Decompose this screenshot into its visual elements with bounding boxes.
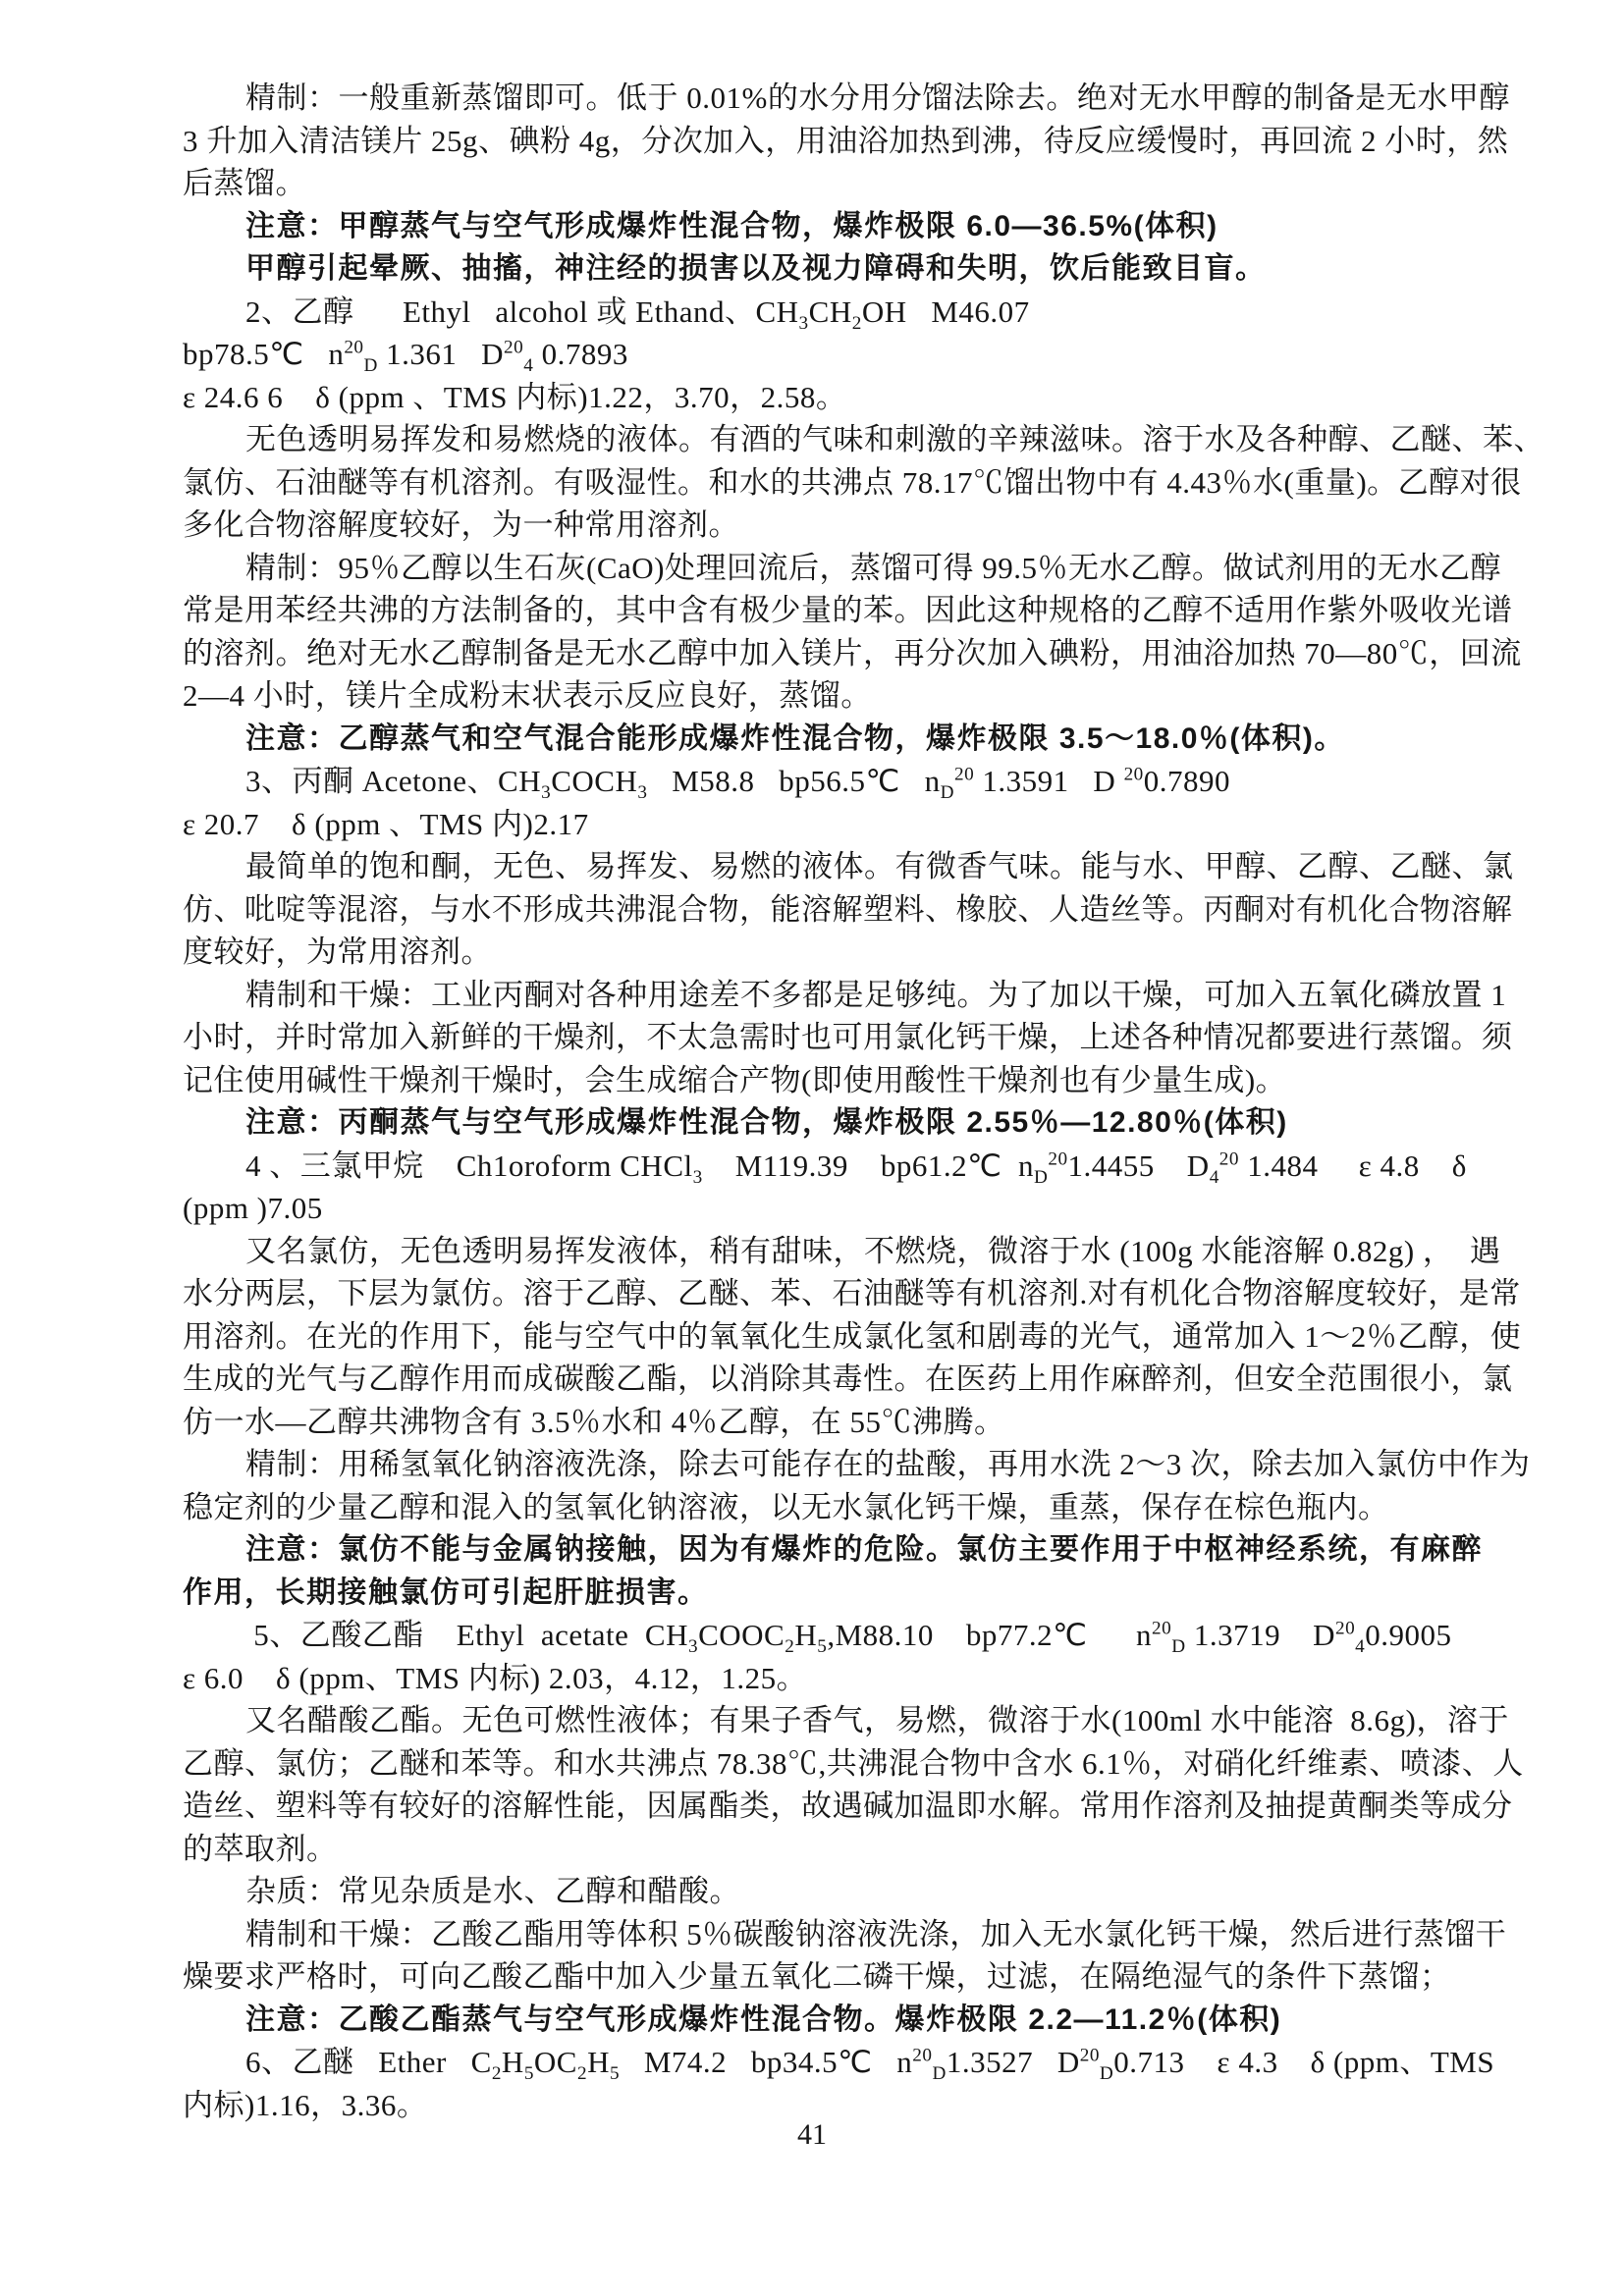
text-line: 稳定剂的少量乙醇和混入的氢氧化钠溶液，以无水氯化钙干燥，重蒸，保存在棕色瓶内。 [183,1486,1516,1529]
text-run: OH M46.07 [862,294,1030,329]
text-run: 乙醇、氯仿；乙醚和苯等。和水共沸点 78.38℃,共沸混合物中含水 6.1％，对… [183,1746,1524,1781]
text-run: M58.8 bp56.5℃ n [647,764,940,798]
text-run: 1.3719 D [1186,1618,1335,1652]
text-run: ,M88.10 bp77.2℃ n [827,1618,1152,1652]
text-line: 记住使用碱性干燥剂干燥时，会生成缩合产物(即使用酸性干燥剂也有少量生成)。 [183,1059,1516,1102]
subscript: 5 [817,1636,827,1657]
superscript: 20 [912,2046,932,2066]
superscript: 20 [1219,1148,1239,1169]
text-run: H [587,2045,610,2079]
subscript: D [941,782,954,803]
text-run: 多化合物溶解度较好，为一种常用溶剂。 [183,507,739,542]
note-line: 作用，长期接触氯仿可引起肝脏损害。 [183,1572,1516,1615]
text-line: 生成的光气与乙醇作用而成碳酸乙酯，以消除其毒性。在医药上用作麻醉剂，但安全范围很… [183,1358,1516,1401]
subscript: 4 [1210,1167,1219,1188]
subscript: 2 [577,2063,587,2084]
text-line: bp78.5℃ n20D 1.361 D204 0.7893 [183,333,1516,376]
text-line: ε 20.7 δ (ppm 、TMS 内)2.17 [183,803,1516,846]
text-run: bp78.5℃ n [183,337,344,371]
note-line: 注意：氯仿不能与金属钠接触，因为有爆炸的危险。氯仿主要作用于中枢神经系统，有麻醉 [183,1528,1516,1572]
text-run: 1.4455 D [1068,1148,1210,1183]
text-run: 甲醇引起晕厥、抽搐，神注经的损害以及视力障碍和失明，饮后能致目盲。 [245,252,1267,285]
text-line: 的溶剂。绝对无水乙醇制备是无水乙醇中加入镁片，再分次加入碘粉，用油浴加热 70—… [183,632,1516,675]
text-run: 3 升加入清洁镁片 25g、碘粉 4g，分次加入，用油浴加热到沸，待反应缓慢时，… [183,124,1508,158]
document-body: 精制：一般重新蒸馏即可。低于 0.01%的水分用分馏法除去。绝对无水甲醇的制备是… [183,77,1516,2126]
text-run: 燥要求严格时，可向乙酸乙酯中加入少量五氧化二磷干燥，过滤，在隔绝湿气的条件下蒸馏… [183,1959,1451,1994]
text-line: 又名醋酸乙酯。无色可燃性液体；有果子香气，易燃，微溶于水(100ml 水中能溶 … [183,1699,1516,1742]
text-run: 精制：用稀氢氧化钠溶液洗涤，除去可能存在的盐酸，再用水洗 2～3 次，除去加入氯… [245,1447,1531,1481]
text-run: 1.3591 D [974,764,1123,798]
subscript: 3 [799,313,809,334]
text-run: 内标)1.16，3.36。 [183,2088,427,2122]
subscript: 2 [852,313,862,334]
text-run: 精制和干燥：工业丙酮对各种用途差不多都是足够纯。为了加以干燥，可加入五氧化磷放置… [245,978,1506,1012]
text-run: 的溶剂。绝对无水乙醇制备是无水乙醇中加入镁片，再分次加入碘粉，用油浴加热 70—… [183,636,1522,670]
text-run: 度较好，为常用溶剂。 [183,934,492,969]
text-line: 3 升加入清洁镁片 25g、碘粉 4g，分次加入，用油浴加热到沸，待反应缓慢时，… [183,120,1516,163]
text-run: 生成的光气与乙醇作用而成碳酸乙酯，以消除其毒性。在医药上用作麻醉剂，但安全范围很… [183,1362,1513,1396]
subscript: D [364,355,378,376]
text-run: 用溶剂。在光的作用下，能与空气中的氧氧化生成氯化氢和剧毒的光气，通常加入 1～2… [183,1319,1521,1354]
note-line: 注意：甲醇蒸气与空气形成爆炸性混合物，爆炸极限 6.0—36.5%(体积) [183,205,1516,248]
text-line: 多化合物溶解度较好，为一种常用溶剂。 [183,504,1516,547]
text-line: 无色透明易挥发和易燃烧的液体。有酒的气味和刺激的辛辣滋味。溶于水及各种醇、乙醚、… [183,418,1516,461]
text-line: 3、丙酮 Acetone、CH3COCH3 M58.8 bp56.5℃ nD20… [183,760,1516,803]
text-run: (ppm )7.05 [183,1191,323,1225]
text-run: 水分两层，下层为氯仿。溶于乙醇、乙醚、苯、石油醚等有机溶剂.对有机化合物溶解度较… [183,1276,1521,1310]
text-run: 注意：氯仿不能与金属钠接触，因为有爆炸的危险。氯仿主要作用于中枢神经系统，有麻醉 [245,1533,1483,1566]
subscript: D [1034,1167,1048,1188]
text-line: 乙醇、氯仿；乙醚和苯等。和水共沸点 78.38℃,共沸混合物中含水 6.1％，对… [183,1742,1516,1786]
text-run: ε 24.6 6 δ (ppm 、TMS 内标)1.22，3.70，2.58。 [183,380,846,414]
text-run: ε 6.0 δ (ppm、TMS 内标) 2.03，4.12，1.25。 [183,1661,807,1695]
subscript: 5 [524,2063,534,2084]
text-run: 1.484 ε 4.8 δ [1239,1148,1467,1183]
text-run: 注意：乙酸乙酯蒸气与空气形成爆炸性混合物。爆炸极限 2.2—11.2％(体积) [245,2003,1281,2036]
text-run: M74.2 bp34.5℃ n [620,2045,912,2079]
superscript: 20 [1048,1148,1067,1169]
text-run: 注意：丙酮蒸气与空气形成爆炸性混合物，爆炸极限 2.55％—12.80％(体积) [245,1106,1288,1139]
text-run: 又名醋酸乙酯。无色可燃性液体；有果子香气，易燃，微溶于水(100ml 水中能溶 … [245,1703,1509,1737]
text-run: 0.713 ε 4.3 δ (ppm、TMS [1113,2045,1494,2079]
subscript: D [932,2063,946,2084]
text-line: 4 、三氯甲烷 Ch1oroform CHCl3 M119.39 bp61.2℃… [183,1145,1516,1188]
text-run: 稳定剂的少量乙醇和混入的氢氧化钠溶液，以无水氯化钙干燥，重蒸，保存在棕色瓶内。 [183,1490,1389,1524]
text-run: 精制：一般重新蒸馏即可。低于 0.01%的水分用分馏法除去。绝对无水甲醇的制备是… [245,80,1510,115]
text-run: 小时，并时常加入新鲜的干燥剂，不太急需时也可用氯化钙干燥，上述各种情况都要进行蒸… [183,1020,1513,1054]
text-run: 最简单的饱和酮，无色、易挥发、易燃的液体。有微香气味。能与水、甲醇、乙醇、乙醚、… [245,849,1514,883]
text-line: ε 6.0 δ (ppm、TMS 内标) 2.03，4.12，1.25。 [183,1657,1516,1700]
text-run: 常是用苯经共沸的方法制备的，其中含有极少量的苯。因此这种规格的乙醇不适用作紫外吸… [183,593,1513,627]
text-run: 0.9005 [1365,1618,1451,1652]
text-run: 作用，长期接触氯仿可引起肝脏损害。 [183,1576,709,1609]
superscript: 20 [344,338,363,358]
text-run: 注意：乙醇蒸气和空气混合能形成爆炸性混合物，爆炸极限 3.5～18.0％(体积)… [245,722,1345,755]
text-line: 2、乙醇 Ethyl alcohol 或 Ethand、CH3CH2OH M46… [183,291,1516,334]
page-number: 41 [0,2118,1624,2152]
text-run: 无色透明易挥发和易燃烧的液体。有酒的气味和刺激的辛辣滋味。溶于水及各种醇、乙醚、… [245,422,1544,456]
text-line: 精制和干燥：乙酸乙酯用等体积 5％碳酸钠溶液洗涤，加入无水氯化钙干燥，然后进行蒸… [183,1913,1516,1956]
text-line: 小时，并时常加入新鲜的干燥剂，不太急需时也可用氯化钙干燥，上述各种情况都要进行蒸… [183,1016,1516,1059]
text-run: 后蒸馏。 [183,166,306,200]
text-run: 仿、吡啶等混溶，与水不形成共沸混合物，能溶解塑料、橡胶、人造丝等。丙酮对有机化合… [183,892,1513,927]
superscript: 20 [504,338,523,358]
note-line: 注意：乙酸乙酯蒸气与空气形成爆炸性混合物。爆炸极限 2.2—11.2％(体积) [183,1999,1516,2042]
text-line: 常是用苯经共沸的方法制备的，其中含有极少量的苯。因此这种规格的乙醇不适用作紫外吸… [183,589,1516,632]
text-run: M119.39 bp61.2℃ n [703,1148,1034,1183]
text-run: OC [534,2045,577,2079]
text-run: 精制：95％乙醇以生石灰(CaO)处理回流后，蒸馏可得 99.5％无水乙醇。做试… [245,551,1501,585]
subscript: 5 [610,2063,620,2084]
subscript: D [1100,2063,1113,2084]
text-line: 仿、吡啶等混溶，与水不形成共沸混合物，能溶解塑料、橡胶、人造丝等。丙酮对有机化合… [183,888,1516,932]
text-run: 又名氯仿，无色透明易挥发液体，稍有甜味，不燃烧，微溶于水 (100g 水能溶解 … [245,1234,1500,1268]
text-run: 杂质：常见杂质是水、乙醇和醋酸。 [245,1874,740,1908]
text-run: 的萃取剂。 [183,1832,338,1866]
text-line: 氯仿、石油醚等有机溶剂。有吸湿性。和水的共沸点 78.17℃馏出物中有 4.43… [183,461,1516,505]
subscript: 4 [1355,1636,1365,1657]
text-run: ε 20.7 δ (ppm 、TMS 内)2.17 [183,807,589,841]
text-run: 4 、三氯甲烷 Ch1oroform CHCl [245,1148,693,1183]
text-run: CH [809,294,852,329]
text-line: 2—4 小时，镁片全成粉末状表示反应良好，蒸馏。 [183,674,1516,718]
text-line: (ppm )7.05 [183,1187,1516,1230]
subscript: 3 [688,1636,698,1657]
text-line: 6、乙醚 Ether C2H5OC2H5 M74.2 bp34.5℃ n20D1… [183,2041,1516,2084]
text-run: COCH [551,764,637,798]
text-line: 水分两层，下层为氯仿。溶于乙醇、乙醚、苯、石油醚等有机溶剂.对有机化合物溶解度较… [183,1272,1516,1315]
text-line: 用溶剂。在光的作用下，能与空气中的氧氧化生成氯化氢和剧毒的光气，通常加入 1～2… [183,1315,1516,1359]
text-line: 精制：一般重新蒸馏即可。低于 0.01%的水分用分馏法除去。绝对无水甲醇的制备是… [183,77,1516,120]
superscript: 20 [1152,1619,1171,1639]
note-line: 甲醇引起晕厥、抽搐，神注经的损害以及视力障碍和失明，饮后能致目盲。 [183,247,1516,291]
subscript: 2 [492,2063,502,2084]
text-line: 精制：95％乙醇以生石灰(CaO)处理回流后，蒸馏可得 99.5％无水乙醇。做试… [183,547,1516,590]
superscript: 20 [1124,765,1144,785]
text-run: 注意：甲醇蒸气与空气形成爆炸性混合物，爆炸极限 6.0—36.5%(体积) [245,210,1218,242]
text-run: 仿一水—乙醇共沸物含有 3.5％水和 4％乙醇，在 55℃沸腾。 [183,1405,1005,1439]
text-run: 造丝、塑料等有较好的溶解性能，因属酯类，故遇碱加温即水解。常用作溶剂及抽提黄酮类… [183,1789,1513,1823]
subscript: 4 [523,355,533,376]
text-run: COOC [698,1618,785,1652]
text-line: 又名氯仿，无色透明易挥发液体，稍有甜味，不燃烧，微溶于水 (100g 水能溶解 … [183,1230,1516,1273]
text-line: 的萃取剂。 [183,1828,1516,1871]
document-page: 精制：一般重新蒸馏即可。低于 0.01%的水分用分馏法除去。绝对无水甲醇的制备是… [0,0,1624,2296]
text-run: 1.3527 D [947,2045,1080,2079]
text-line: 后蒸馏。 [183,162,1516,205]
text-run: 1.361 D [378,337,504,371]
subscript: D [1171,1636,1185,1657]
text-line: 精制和干燥：工业丙酮对各种用途差不多都是足够纯。为了加以干燥，可加入五氧化磷放置… [183,974,1516,1017]
text-line: 精制：用稀氢氧化钠溶液洗涤，除去可能存在的盐酸，再用水洗 2～3 次，除去加入氯… [183,1443,1516,1486]
text-line: ε 24.6 6 δ (ppm 、TMS 内标)1.22，3.70，2.58。 [183,376,1516,419]
text-run: 氯仿、石油醚等有机溶剂。有吸湿性。和水的共沸点 78.17℃馏出物中有 4.43… [183,465,1522,500]
text-line: 最简单的饱和酮，无色、易挥发、易燃的液体。有微香气味。能与水、甲醇、乙醇、乙醚、… [183,845,1516,888]
text-line: 5、乙酸乙酯 Ethyl acetate CH3COOC2H5,M88.10 b… [183,1614,1516,1657]
note-line: 注意：乙醇蒸气和空气混合能形成爆炸性混合物，爆炸极限 3.5～18.0％(体积)… [183,718,1516,761]
text-line: 仿一水—乙醇共沸物含有 3.5％水和 4％乙醇，在 55℃沸腾。 [183,1401,1516,1444]
superscript: 20 [1335,1619,1355,1639]
text-run: 5、乙酸乙酯 Ethyl acetate CH [245,1618,688,1652]
subscript: 3 [693,1167,703,1188]
subscript: 3 [541,782,551,803]
subscript: 3 [637,782,647,803]
text-run: 2—4 小时，镁片全成粉末状表示反应良好，蒸馏。 [183,678,872,713]
note-line: 注意：丙酮蒸气与空气形成爆炸性混合物，爆炸极限 2.55％—12.80％(体积) [183,1101,1516,1145]
text-run: 0.7890 [1144,764,1230,798]
text-line: 造丝、塑料等有较好的溶解性能，因属酯类，故遇碱加温即水解。常用作溶剂及抽提黄酮类… [183,1785,1516,1828]
text-run: H [794,1618,817,1652]
text-run: 2、乙醇 Ethyl alcohol 或 Ethand、CH [245,294,799,329]
text-line: 杂质：常见杂质是水、乙醇和醋酸。 [183,1870,1516,1913]
text-line: 度较好，为常用溶剂。 [183,931,1516,974]
text-run: 3、丙酮 Acetone、CH [245,764,541,798]
superscript: 20 [954,765,974,785]
text-run: 记住使用碱性干燥剂干燥时，会生成缩合产物(即使用酸性干燥剂也有少量生成)。 [183,1063,1286,1097]
text-run: 6、乙醚 Ether C [245,2045,492,2079]
text-run: 0.7893 [533,337,628,371]
text-run: H [502,2045,524,2079]
superscript: 20 [1080,2046,1100,2066]
text-run: 精制和干燥：乙酸乙酯用等体积 5％碳酸钠溶液洗涤，加入无水氯化钙干燥，然后进行蒸… [245,1917,1506,1951]
subscript: 2 [785,1636,794,1657]
text-line: 燥要求严格时，可向乙酸乙酯中加入少量五氧化二磷干燥，过滤，在隔绝湿气的条件下蒸馏… [183,1955,1516,1999]
